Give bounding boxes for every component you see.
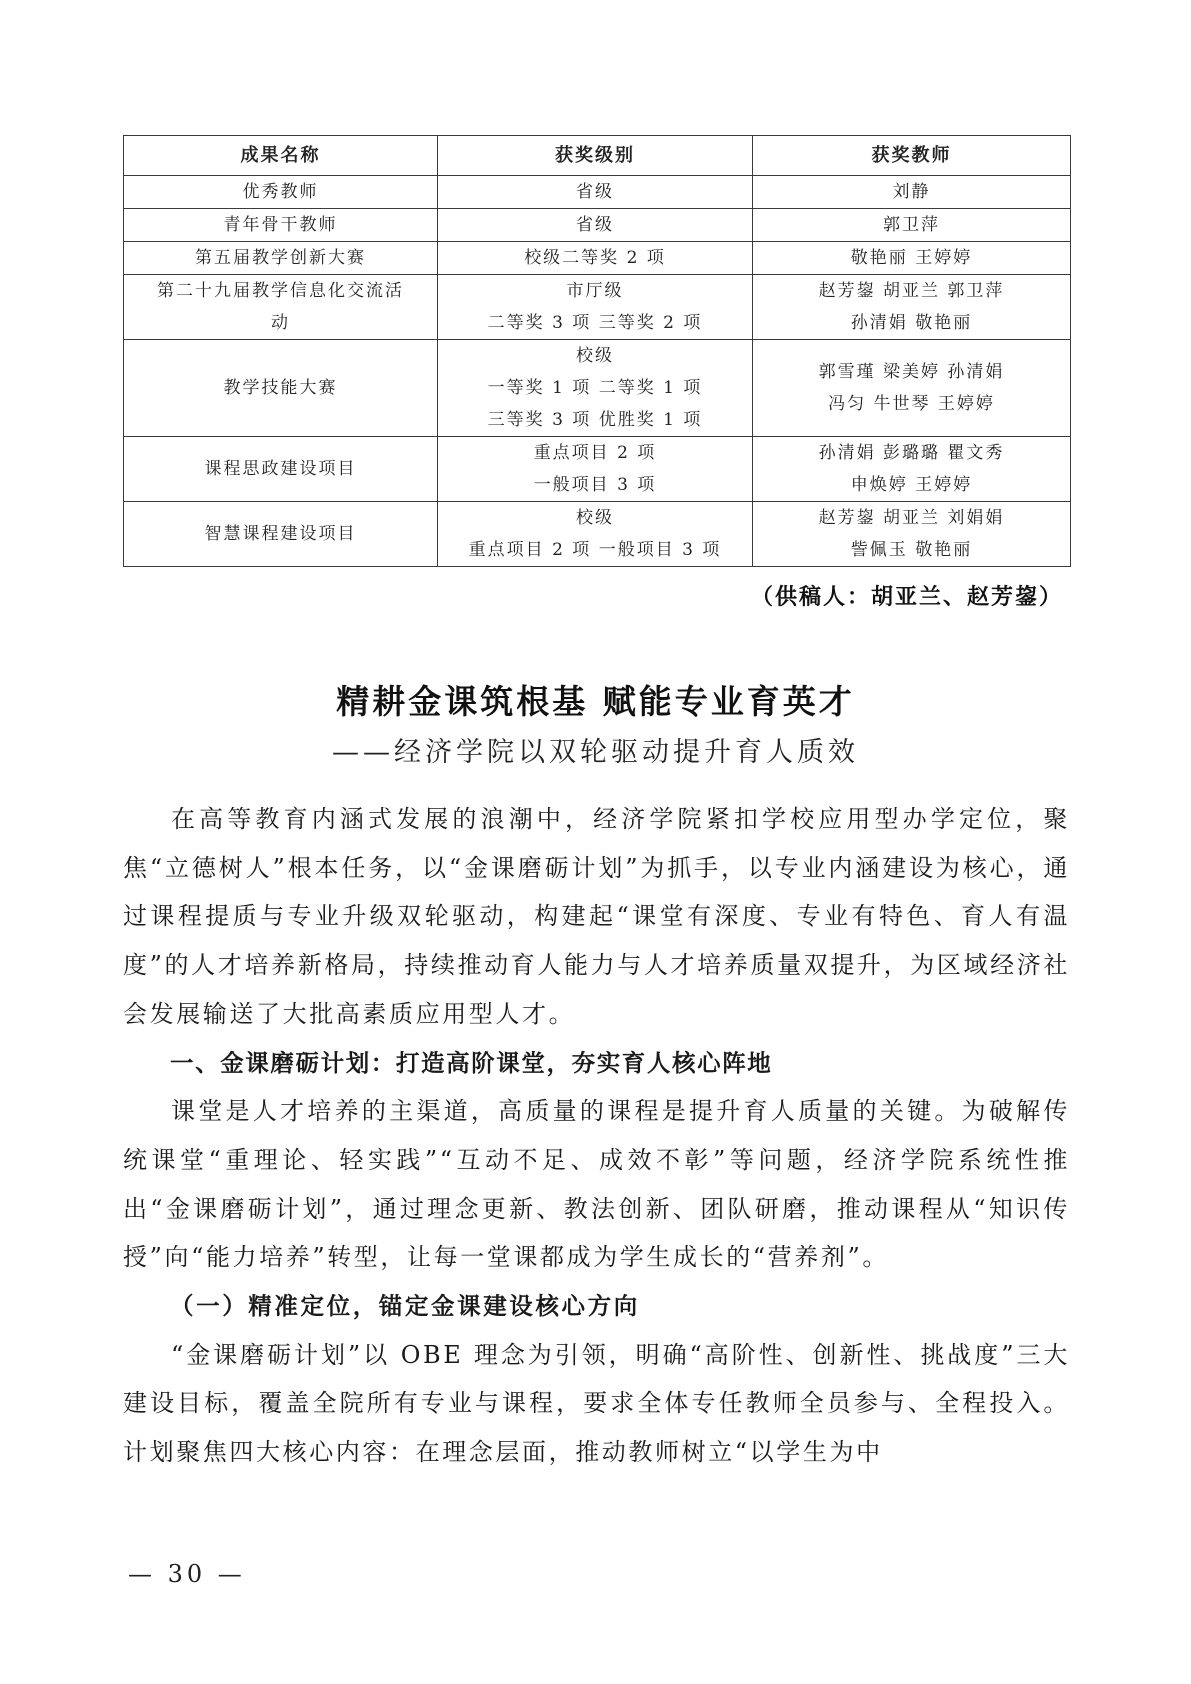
cell-line: 冯匀 牛世琴 王婷婷 xyxy=(753,388,1070,420)
table-row: 教学技能大赛校级一等奖 1 项 二等奖 1 项三等奖 3 项 优胜奖 1 项郭雪… xyxy=(124,340,1071,437)
cell-line: 课程思政建设项目 xyxy=(124,453,437,485)
cell-line: 优秀教师 xyxy=(124,176,437,208)
cell-award-level: 市厅级二等奖 3 项 三等奖 2 项 xyxy=(438,275,753,340)
cell-line: 青年骨干教师 xyxy=(124,209,437,241)
cell-line: 郭雪瑾 梁美婷 孙清娟 xyxy=(753,356,1070,388)
cell-award-level: 校级二等奖 2 项 xyxy=(438,242,753,275)
cell-award-teachers: 郭雪瑾 梁美婷 孙清娟冯匀 牛世琴 王婷婷 xyxy=(753,340,1071,437)
header-achievement-name: 成果名称 xyxy=(124,136,438,176)
table-row: 第二十九届教学信息化交流活动市厅级二等奖 3 项 三等奖 2 项赵芳鋆 胡亚兰 … xyxy=(124,275,1071,340)
cell-line: 重点项目 2 项 xyxy=(438,437,752,469)
awards-table: 成果名称 获奖级别 获奖教师 优秀教师省级刘静青年骨干教师省级郭卫萍第五届教学创… xyxy=(123,135,1071,567)
cell-line: 赵芳鋆 胡亚兰 刘娟娟 xyxy=(753,502,1070,534)
cell-achievement-name: 教学技能大赛 xyxy=(124,340,438,437)
cell-line: 孙清娟 敬艳丽 xyxy=(753,307,1070,339)
paragraph-subsection-1: “金课磨砺计划”以 OBE 理念为引领，明确“高阶性、创新性、挑战度”三大建设目… xyxy=(123,1331,1070,1477)
cell-award-teachers: 赵芳鋆 胡亚兰 郭卫萍孙清娟 敬艳丽 xyxy=(753,275,1071,340)
section-heading-1: 一、金课磨砺计划：打造高阶课堂，夯实育人核心阵地 xyxy=(123,1039,1070,1088)
cell-line: 校级 xyxy=(438,502,752,534)
cell-line: 校级二等奖 2 项 xyxy=(438,242,752,274)
table-row: 智慧课程建设项目校级重点项目 2 项 一般项目 3 项赵芳鋆 胡亚兰 刘娟娟訾佩… xyxy=(124,502,1071,567)
cell-line: 一等奖 1 项 二等奖 1 项 xyxy=(438,372,752,404)
table-header-row: 成果名称 获奖级别 获奖教师 xyxy=(124,136,1071,176)
paragraph-intro: 在高等教育内涵式发展的浪潮中，经济学院紧扣学校应用型办学定位，聚焦“立德树人”根… xyxy=(123,795,1070,1039)
cell-award-level: 校级重点项目 2 项 一般项目 3 项 xyxy=(438,502,753,567)
cell-award-teachers: 赵芳鋆 胡亚兰 刘娟娟訾佩玉 敬艳丽 xyxy=(753,502,1071,567)
cell-line: 一般项目 3 项 xyxy=(438,469,752,501)
table-row: 第五届教学创新大赛校级二等奖 2 项敬艳丽 王婷婷 xyxy=(124,242,1071,275)
cell-line: 敬艳丽 王婷婷 xyxy=(753,242,1070,274)
page-number: — 30 — xyxy=(128,1560,246,1588)
table-row: 优秀教师省级刘静 xyxy=(124,176,1071,209)
article-subtitle: ——经济学院以双轮驱动提升育人质效 xyxy=(0,730,1191,769)
article-title: 精耕金课筑根基 赋能专业育英才 xyxy=(0,676,1191,723)
cell-award-teachers: 孙清娟 彭璐璐 瞿文秀申焕婷 王婷婷 xyxy=(753,437,1071,502)
cell-line: 赵芳鋆 胡亚兰 郭卫萍 xyxy=(753,275,1070,307)
cell-line: 动 xyxy=(124,307,437,339)
cell-line: 教学技能大赛 xyxy=(124,372,437,404)
cell-line: 省级 xyxy=(438,209,752,241)
cell-line: 智慧课程建设项目 xyxy=(124,518,437,550)
header-award-level: 获奖级别 xyxy=(438,136,753,176)
cell-achievement-name: 第二十九届教学信息化交流活动 xyxy=(124,275,438,340)
article-body: 在高等教育内涵式发展的浪潮中，经济学院紧扣学校应用型办学定位，聚焦“立德树人”根… xyxy=(123,795,1070,1477)
cell-achievement-name: 智慧课程建设项目 xyxy=(124,502,438,567)
cell-line: 第二十九届教学信息化交流活 xyxy=(124,275,437,307)
cell-achievement-name: 第五届教学创新大赛 xyxy=(124,242,438,275)
cell-line: 郭卫萍 xyxy=(753,209,1070,241)
cell-award-level: 校级一等奖 1 项 二等奖 1 项三等奖 3 项 优胜奖 1 项 xyxy=(438,340,753,437)
cell-line: 訾佩玉 敬艳丽 xyxy=(753,534,1070,566)
table-row: 青年骨干教师省级郭卫萍 xyxy=(124,209,1071,242)
cell-award-teachers: 郭卫萍 xyxy=(753,209,1071,242)
contributor-credit: （供稿人：胡亚兰、赵芳鋆） xyxy=(751,580,1063,611)
cell-award-level: 省级 xyxy=(438,176,753,209)
cell-line: 申焕婷 王婷婷 xyxy=(753,469,1070,501)
cell-achievement-name: 优秀教师 xyxy=(124,176,438,209)
cell-line: 校级 xyxy=(438,340,752,372)
cell-achievement-name: 青年骨干教师 xyxy=(124,209,438,242)
subsection-heading-1: （一）精准定位，锚定金课建设核心方向 xyxy=(123,1282,1070,1331)
cell-line: 二等奖 3 项 三等奖 2 项 xyxy=(438,307,752,339)
cell-line: 市厅级 xyxy=(438,275,752,307)
cell-line: 第五届教学创新大赛 xyxy=(124,242,437,274)
table-row: 课程思政建设项目重点项目 2 项一般项目 3 项孙清娟 彭璐璐 瞿文秀申焕婷 王… xyxy=(124,437,1071,502)
cell-award-level: 省级 xyxy=(438,209,753,242)
cell-award-level: 重点项目 2 项一般项目 3 项 xyxy=(438,437,753,502)
header-award-teachers: 获奖教师 xyxy=(753,136,1071,176)
cell-line: 刘静 xyxy=(753,176,1070,208)
cell-award-teachers: 敬艳丽 王婷婷 xyxy=(753,242,1071,275)
cell-line: 重点项目 2 项 一般项目 3 项 xyxy=(438,534,752,566)
cell-line: 三等奖 3 项 优胜奖 1 项 xyxy=(438,404,752,436)
cell-line: 省级 xyxy=(438,176,752,208)
cell-line: 孙清娟 彭璐璐 瞿文秀 xyxy=(753,437,1070,469)
cell-achievement-name: 课程思政建设项目 xyxy=(124,437,438,502)
cell-award-teachers: 刘静 xyxy=(753,176,1071,209)
paragraph-section-1: 课堂是人才培养的主渠道，高质量的课程是提升育人质量的关键。为破解传统课堂“重理论… xyxy=(123,1087,1070,1282)
